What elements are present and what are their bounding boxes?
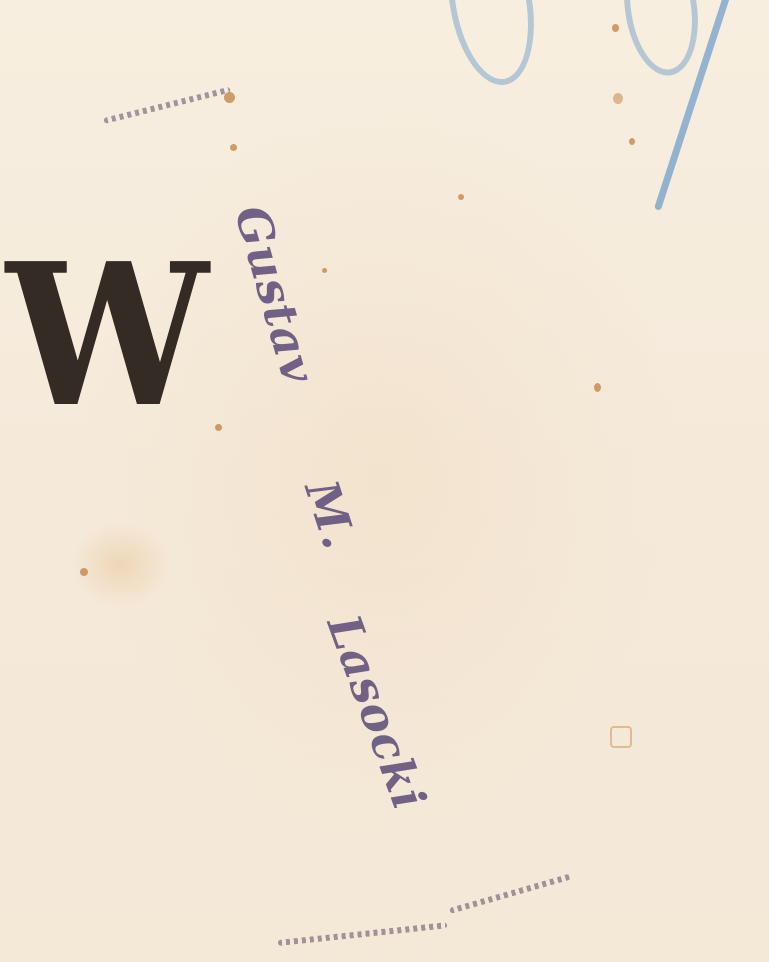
- foxing-spot: [594, 383, 601, 392]
- foxing-spot: [458, 194, 464, 200]
- foxing-spot: [215, 424, 222, 431]
- foxing-spot: [230, 144, 237, 151]
- foxing-spot: [610, 726, 632, 748]
- foxing-spot: [224, 92, 235, 103]
- paper-background: [0, 0, 769, 962]
- foxing-spot: [322, 268, 327, 273]
- foxing-spot: [612, 24, 619, 32]
- foxing-spot: [629, 138, 635, 145]
- foxing-spot: [80, 568, 88, 576]
- foxing-spot: [613, 93, 623, 104]
- printed-letter: W: [6, 238, 205, 434]
